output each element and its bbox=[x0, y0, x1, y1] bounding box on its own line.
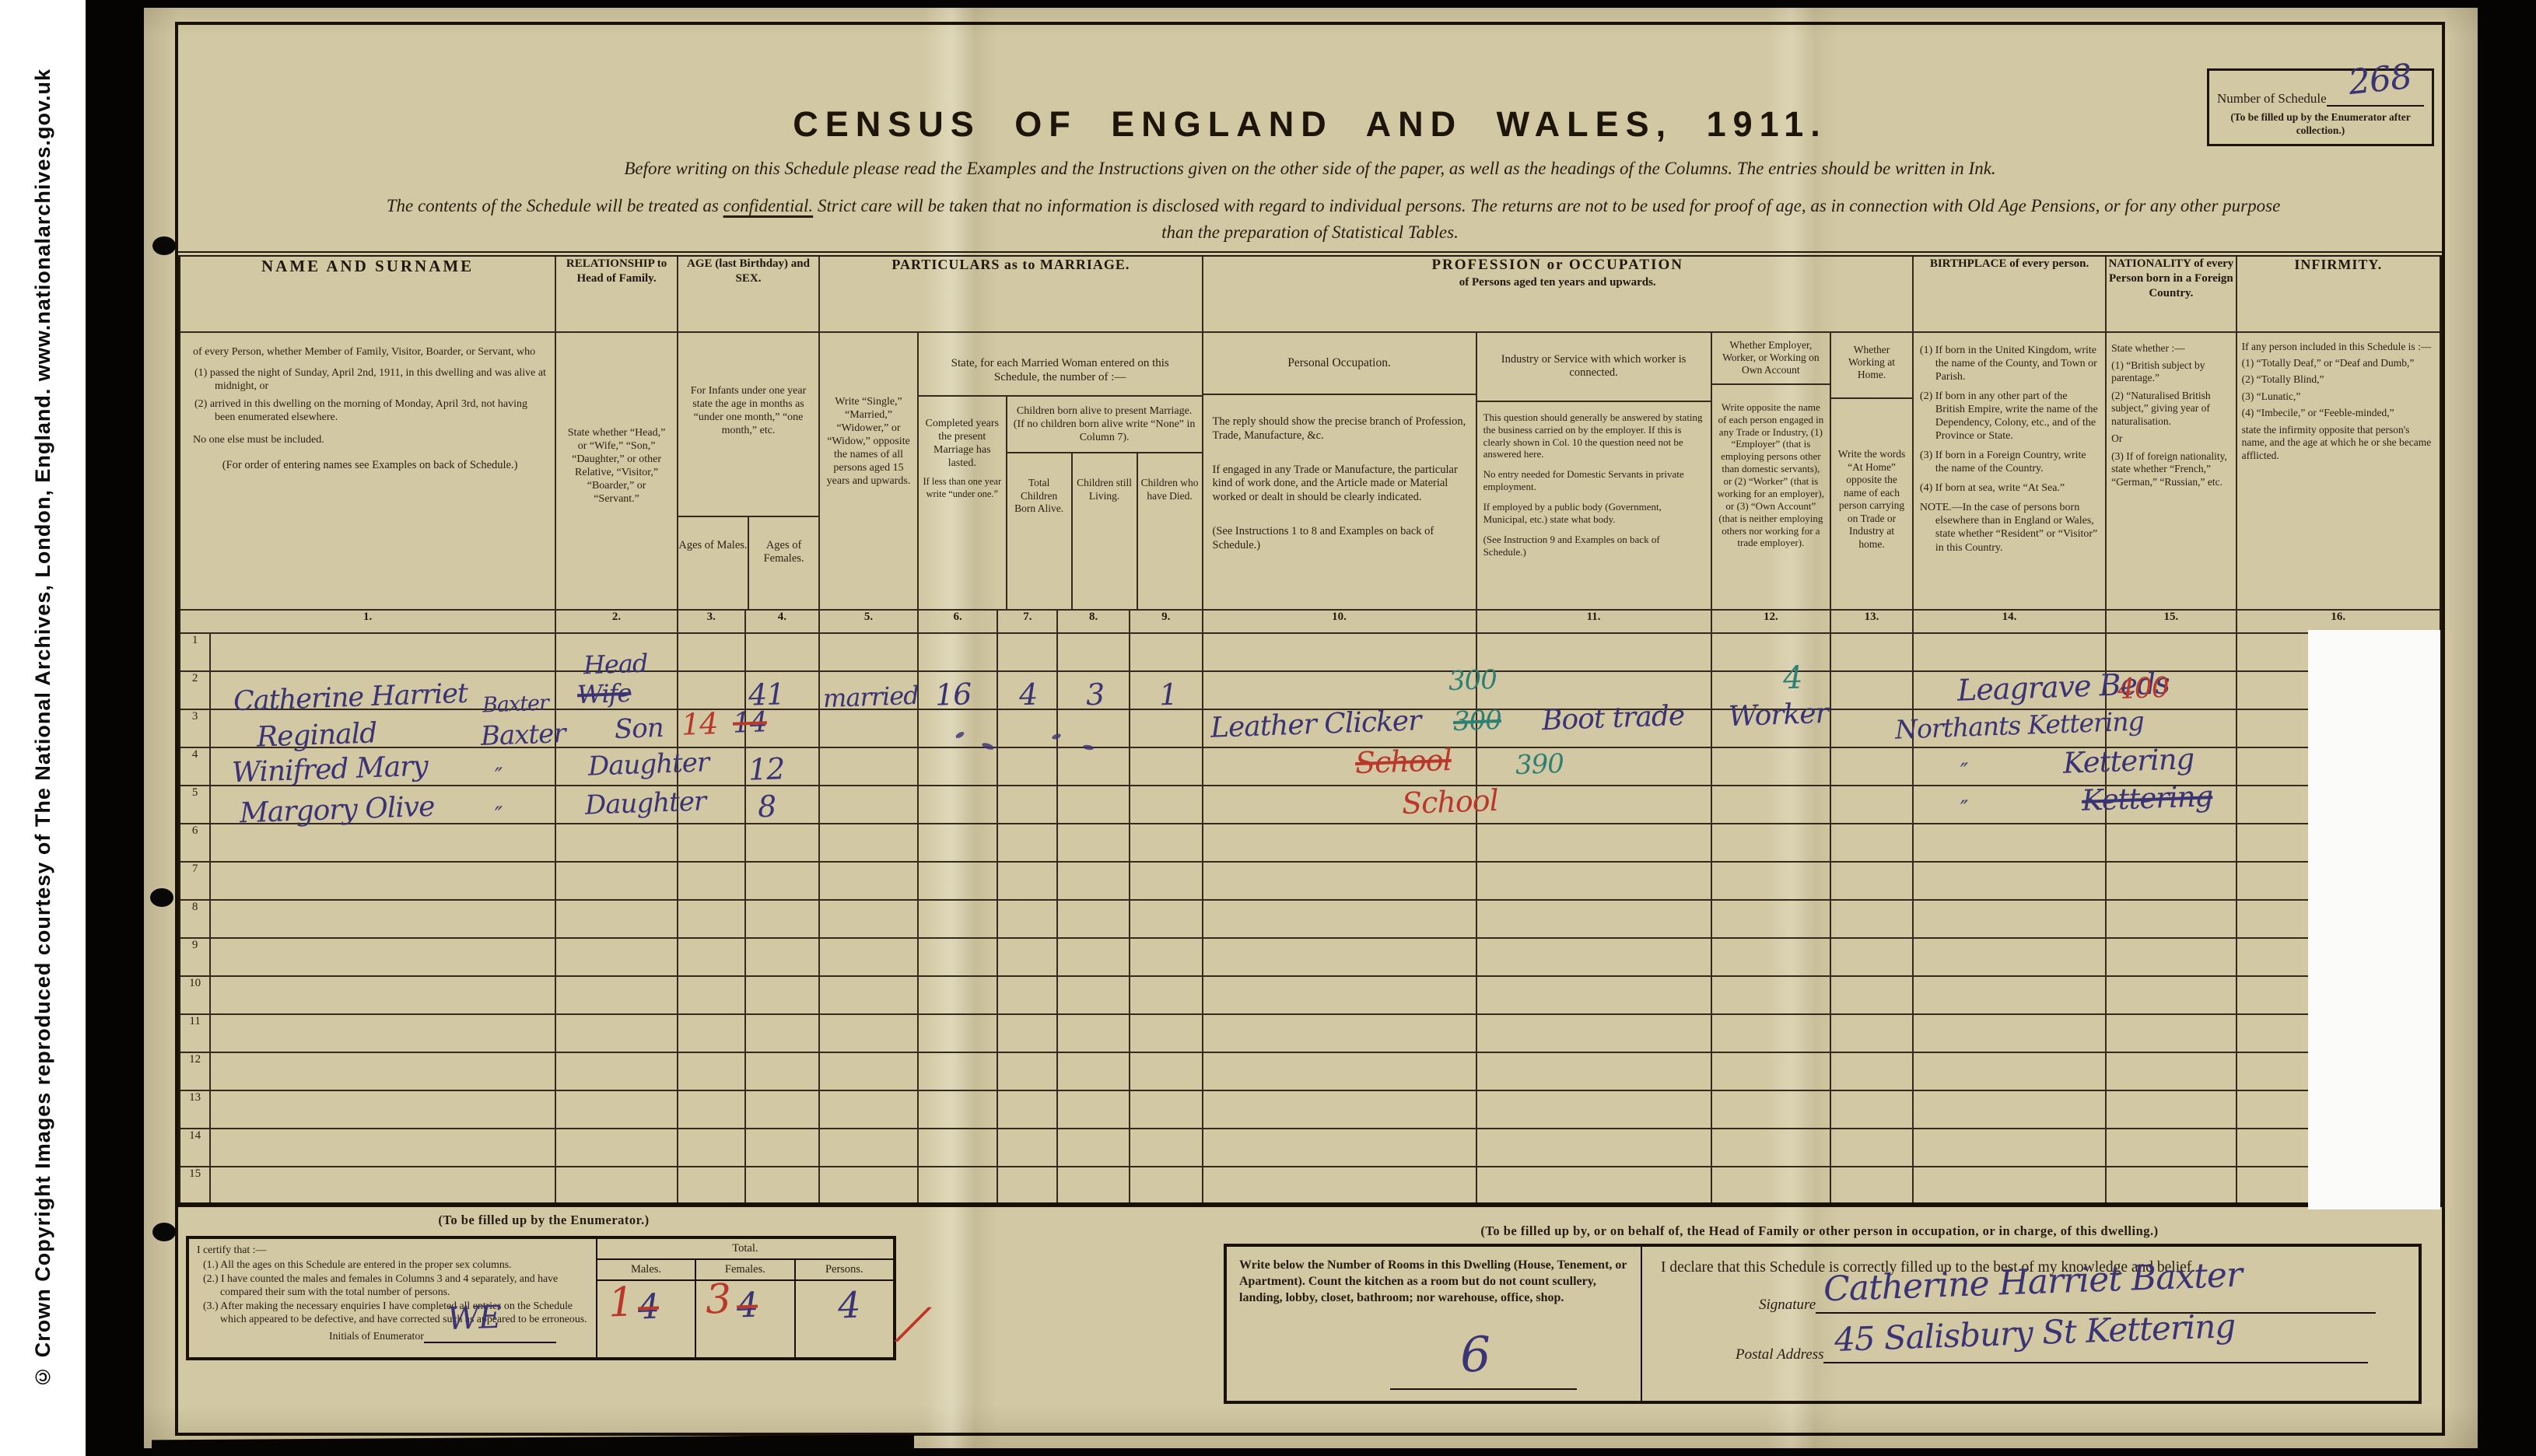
declaration-cell: I declare that this Schedule is correctl… bbox=[1642, 1247, 2419, 1401]
total-males-crossed: 4 bbox=[637, 1290, 660, 1325]
header-main-row: NAME AND SURNAME RELATIONSHIP to Head of… bbox=[180, 254, 2441, 332]
total-persons: Persons. 4 bbox=[794, 1260, 893, 1357]
col-header-marriage: PARTICULARS as to MARRIAGE. bbox=[819, 254, 1202, 332]
table-row: 12 bbox=[180, 1052, 2441, 1090]
table-row: 13 bbox=[180, 1090, 2441, 1129]
signature-label: Signature bbox=[1759, 1297, 1816, 1314]
table-row: 1 bbox=[180, 633, 2441, 671]
subcol-ages-males: Ages of Males. bbox=[678, 517, 748, 609]
confidential-underlined: confidential. bbox=[723, 196, 814, 215]
table-row: 6 bbox=[180, 824, 2441, 862]
postal-address-line: 45 Salisbury St Kettering bbox=[1823, 1349, 2368, 1363]
form-header: Number of Schedule 268 (To be filled up … bbox=[178, 25, 2442, 251]
subcol-children-living: Children still Living. bbox=[1071, 453, 1137, 608]
instr-marriage-group: State, for each Married Woman entered on… bbox=[918, 332, 1203, 610]
row-number: 5 bbox=[180, 786, 211, 824]
census-scan: © Crown Copyright Images reproduced cour… bbox=[0, 0, 2536, 1456]
total-females: Females. 3 4 bbox=[695, 1260, 793, 1357]
row-number: 12 bbox=[180, 1052, 211, 1090]
total-females-crossed: 4 bbox=[736, 1289, 758, 1324]
instr-industry: Industry or Service with which worker is… bbox=[1476, 332, 1711, 610]
form-title: CENSUS OF ENGLAND AND WALES, 1911. bbox=[178, 104, 2442, 145]
total-persons-value: 4 bbox=[837, 1287, 860, 1324]
postal-address-value: 45 Salisbury St Kettering bbox=[1834, 1310, 2236, 1356]
redaction-patch bbox=[2308, 630, 2440, 1209]
rooms-cell: Write below the Number of Rooms in this … bbox=[1227, 1247, 1642, 1401]
hole-punch bbox=[152, 1223, 176, 1241]
row-number: 1 bbox=[180, 633, 211, 671]
total-males: Males. 1 4 bbox=[597, 1260, 695, 1357]
instr-personal-occupation: Personal Occupation. The reply should sh… bbox=[1203, 332, 1476, 610]
table-row: 14 bbox=[180, 1129, 2441, 1167]
row-number: 14 bbox=[180, 1129, 211, 1167]
initials-line: WE bbox=[424, 1331, 556, 1343]
enumerator-box: I certify that :— (1.) All the ages on t… bbox=[186, 1236, 896, 1360]
schedule-paper: Number of Schedule 268 (To be filled up … bbox=[144, 8, 2478, 1448]
col-header-nationality: NATIONALITY of every Person born in a Fo… bbox=[2106, 254, 2236, 332]
hole-punch bbox=[152, 236, 176, 255]
instr-relationship: State whether “Head,” or “Wife,” “Son,” … bbox=[555, 332, 678, 610]
copyright-text: © Crown Copyright Images reproduced cour… bbox=[31, 68, 55, 1388]
row-number: 13 bbox=[180, 1090, 211, 1129]
table-row: 10 bbox=[180, 976, 2441, 1014]
row-number: 6 bbox=[180, 824, 211, 862]
table-row: 2 bbox=[180, 671, 2441, 709]
enumerator-caption: (To be filled up by the Enumerator.) bbox=[225, 1213, 863, 1228]
row-number: 8 bbox=[180, 900, 211, 938]
col-header-relationship: RELATIONSHIP to Head of Family. bbox=[555, 254, 678, 332]
instr-marital-condition: Write “Single,” “Married,” “Widower,” or… bbox=[819, 332, 918, 610]
table-row: 3 bbox=[180, 709, 2441, 747]
row-number: 4 bbox=[180, 747, 211, 786]
instr-nationality: State whether :— (1) “British subject by… bbox=[2106, 332, 2236, 610]
col-header-age: AGE (last Birthday) and SEX. bbox=[678, 254, 819, 332]
col-header-name: NAME AND SURNAME bbox=[180, 254, 556, 332]
hole-punch bbox=[150, 888, 173, 907]
table-row: 15 bbox=[180, 1167, 2441, 1205]
row-number: 10 bbox=[180, 976, 211, 1014]
row-number: 7 bbox=[180, 862, 211, 900]
col-header-birthplace: BIRTHPLACE of every person. bbox=[1913, 254, 2106, 332]
householder-caption: (To be filled up by, or on behalf of, th… bbox=[1224, 1223, 2415, 1239]
intro-line-2: The contents of the Schedule will be tre… bbox=[178, 196, 2489, 216]
total-label: Total. bbox=[597, 1239, 893, 1260]
form-footer: (To be filled up by the Enumerator.) I c… bbox=[178, 1202, 2442, 1435]
col-header-profession: PROFESSION or OCCUPATIONof Persons aged … bbox=[1203, 254, 1913, 332]
subcol-years-married: Completed years the present Marriage has… bbox=[919, 397, 1007, 608]
certify-intro: I certify that :— bbox=[197, 1244, 591, 1257]
row-number: 3 bbox=[180, 709, 211, 747]
intro-line-1: Before writing on this Schedule please r… bbox=[178, 159, 2442, 179]
table-row: 5 bbox=[180, 786, 2441, 824]
total-males-corrected: 1 bbox=[608, 1282, 634, 1323]
rooms-instruction: Write below the Number of Rooms in this … bbox=[1239, 1258, 1628, 1306]
instr-working-at-home: Whether Working at Home. Write the words… bbox=[1830, 332, 1913, 610]
row-number: 9 bbox=[180, 938, 211, 976]
postal-address-label: Postal Address bbox=[1736, 1346, 1823, 1363]
certify-item-2: (2.) I have counted the males and female… bbox=[197, 1272, 591, 1298]
column-number-row: 1. 2.3. 4.5. 6.7. 8.9. 10.11. 12.13. 14.… bbox=[180, 610, 2441, 633]
instr-employment-status: Whether Employer, Worker, or Working on … bbox=[1711, 332, 1830, 610]
table-row: 11 bbox=[180, 1014, 2441, 1052]
copyright-strip: © Crown Copyright Images reproduced cour… bbox=[0, 0, 86, 1456]
printed-frame: Number of Schedule 268 (To be filled up … bbox=[175, 22, 2445, 1436]
certify-item-3: (3.) After making the necessary enquirie… bbox=[197, 1300, 591, 1325]
schedule-number-value: 268 bbox=[2347, 60, 2413, 100]
rooms-value: 6 bbox=[1459, 1330, 1491, 1379]
initials-label: Initials of Enumerator bbox=[329, 1330, 424, 1343]
row-number: 11 bbox=[180, 1014, 211, 1052]
table-row: 9 bbox=[180, 938, 2441, 976]
subcol-children-died: Children who have Died. bbox=[1137, 453, 1202, 608]
subcol-ages-females: Ages of Females. bbox=[748, 517, 818, 609]
table-row: 8 bbox=[180, 900, 2441, 938]
instr-birthplace: (1) If born in the United Kingdom, write… bbox=[1913, 332, 2106, 610]
certify-item-1: (1.) All the ages on this Schedule are e… bbox=[197, 1258, 591, 1272]
row-number: 15 bbox=[180, 1167, 211, 1205]
instr-infirmity: If any person included in this Schedule … bbox=[2237, 332, 2441, 610]
rooms-line bbox=[1390, 1388, 1577, 1390]
census-table: NAME AND SURNAME RELATIONSHIP to Head of… bbox=[178, 251, 2442, 1207]
intro-line-3: than the preparation of Statistical Tabl… bbox=[178, 222, 2442, 243]
instr-name: of every Person, whether Member of Famil… bbox=[180, 332, 556, 610]
householder-box: Write below the Number of Rooms in this … bbox=[1224, 1244, 2422, 1404]
instr-age: For Infants under one year state the age… bbox=[678, 332, 819, 610]
row-number: 2 bbox=[180, 671, 211, 709]
col-header-infirmity: INFIRMITY. bbox=[2237, 254, 2441, 332]
total-females-corrected: 3 bbox=[705, 1279, 731, 1320]
table-row: 4 bbox=[180, 747, 2441, 786]
header-instruction-row: of every Person, whether Member of Famil… bbox=[180, 332, 2441, 610]
table-row: 7 bbox=[180, 862, 2441, 900]
subcol-children-born: Total Children Born Alive. bbox=[1007, 453, 1071, 608]
enumerator-initials: WE bbox=[447, 1302, 501, 1335]
